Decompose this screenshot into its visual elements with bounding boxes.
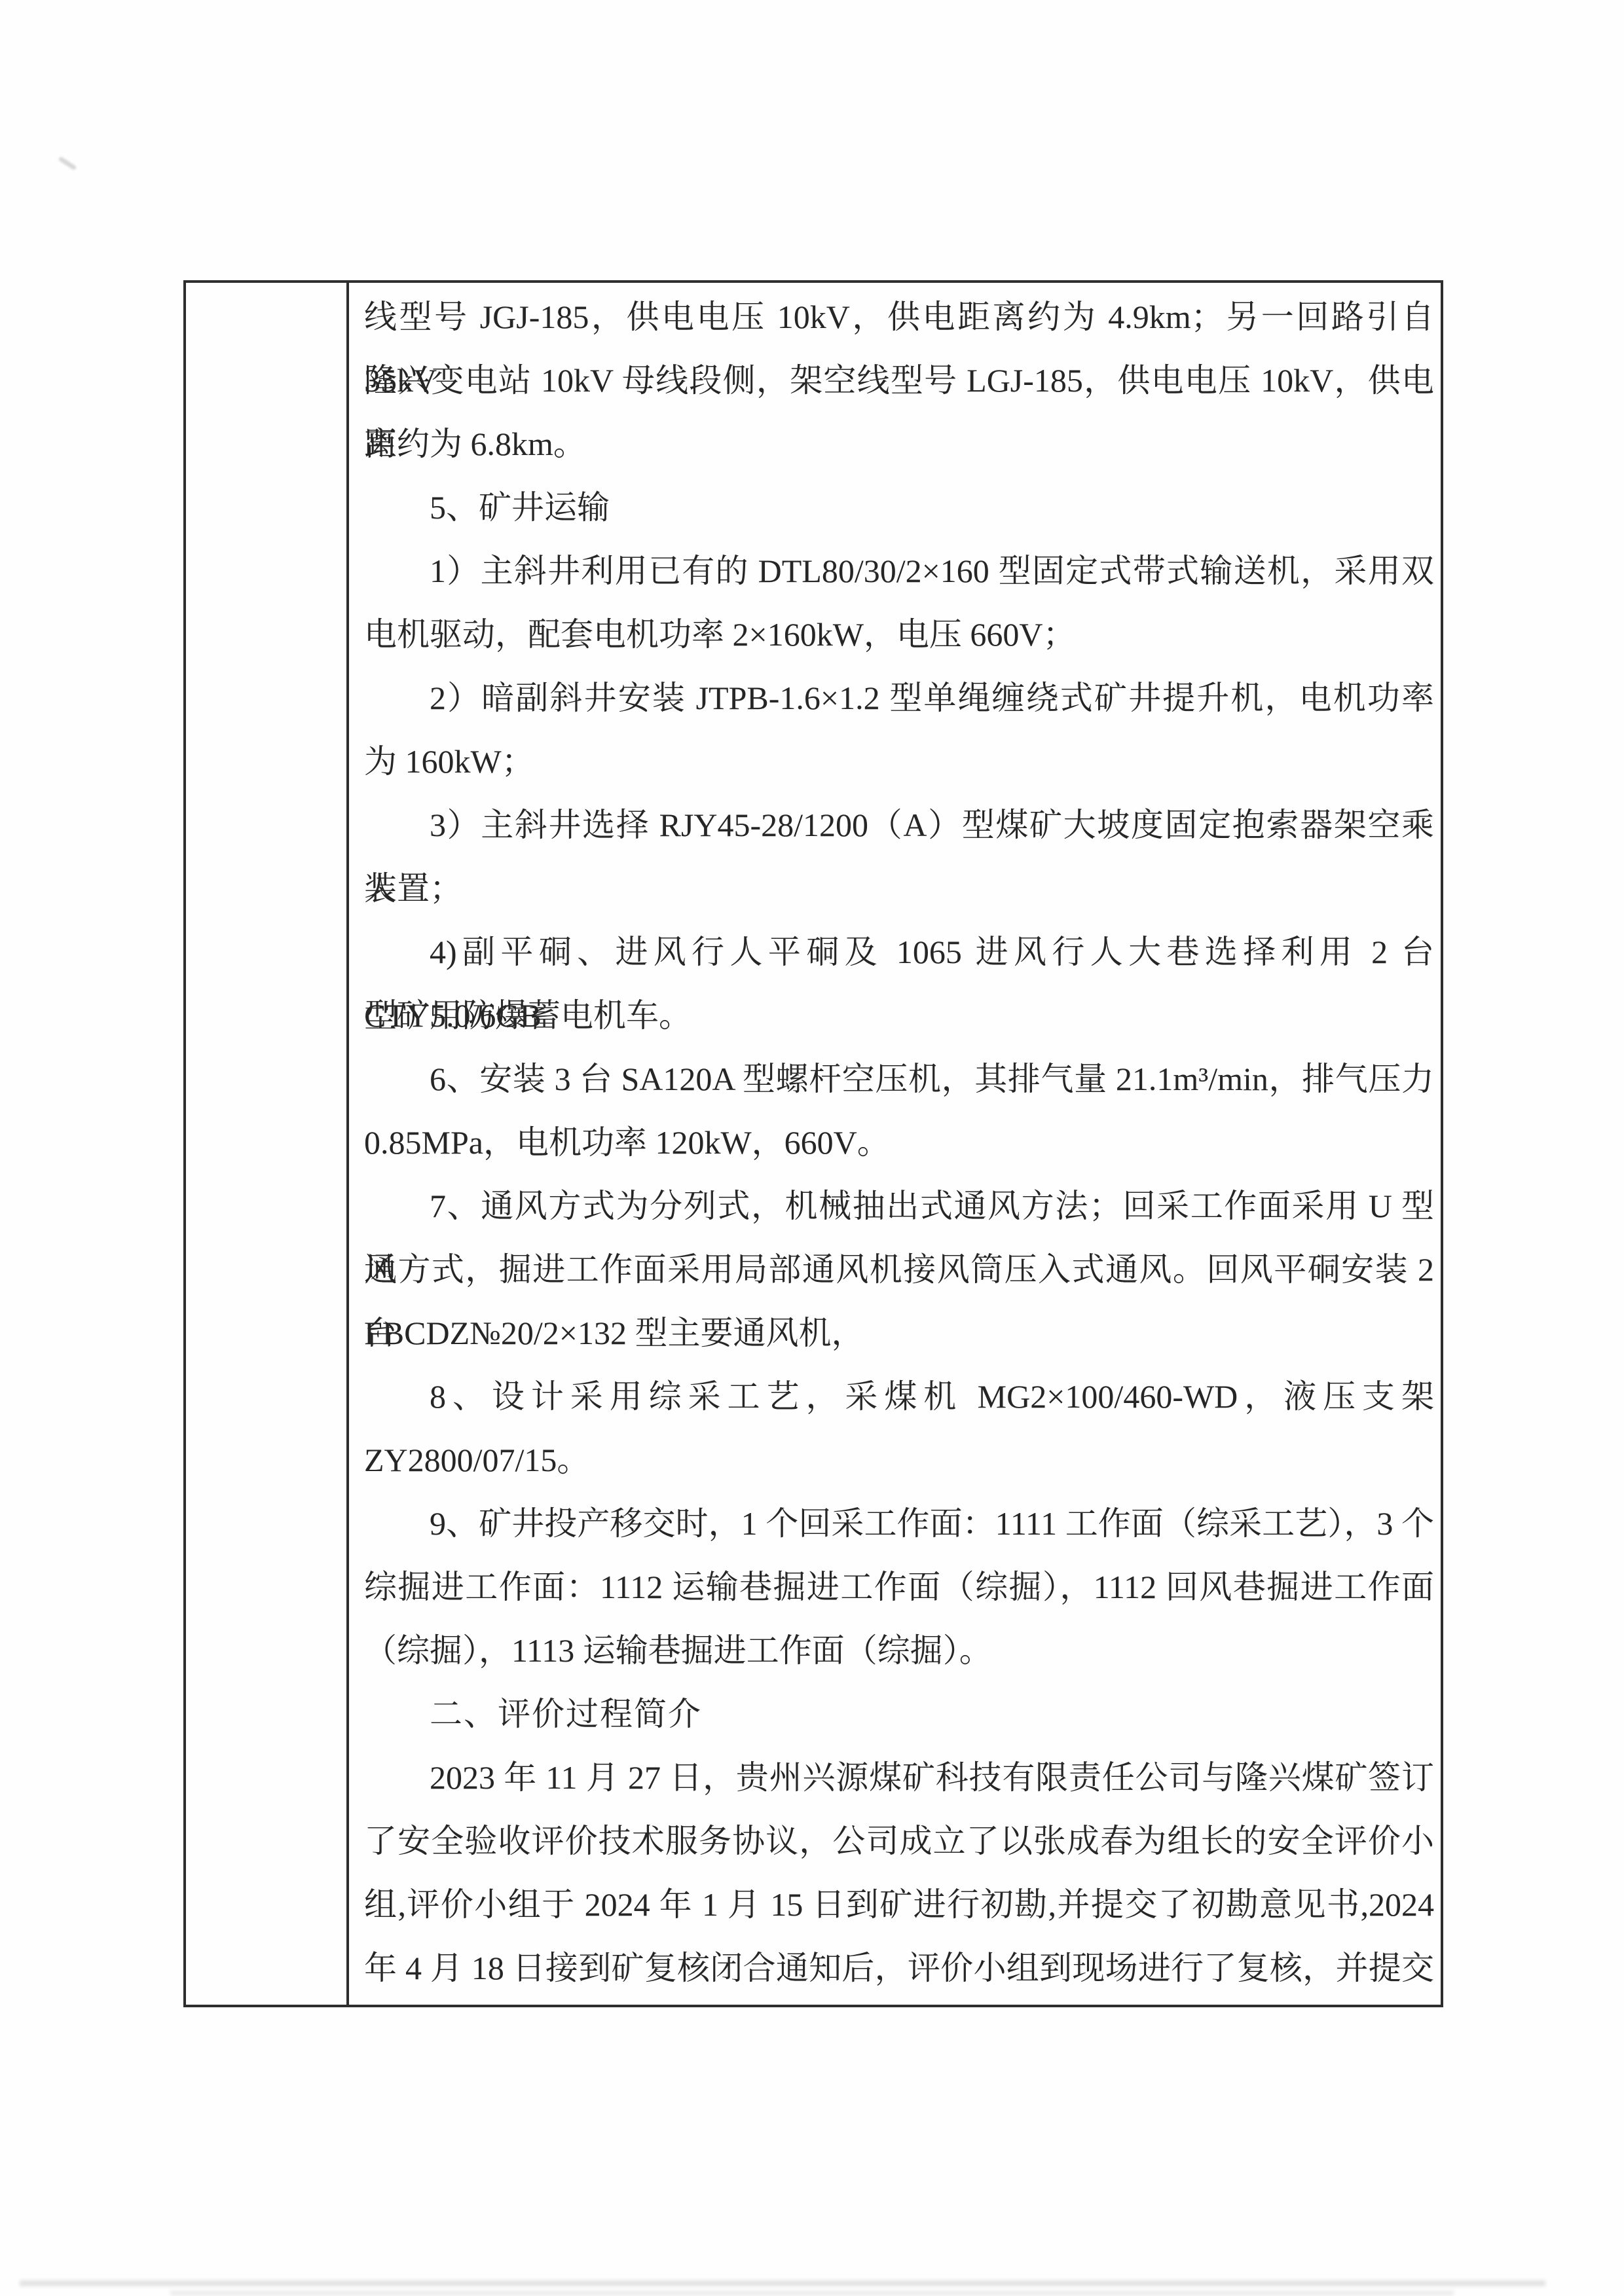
text-line: （综掘），1113 运输巷掘进工作面（综掘）。: [364, 1619, 1434, 1683]
text-line: 年 4 月 18 日接到矿复核闭合通知后，评价小组到现场进行了复核，并提交: [364, 1937, 1434, 2000]
text-line: 风方式，掘进工作面采用局部通风机接风筒压入式通风。回风平硐安装 2 台: [364, 1238, 1434, 1302]
text-line: 隆兴变电站 10kV 母线段侧，架空线型号 LGJ-185，供电电压 10kV，…: [364, 349, 1434, 412]
text-line: 综掘进工作面：1112 运输巷掘进工作面（综掘），1112 回风巷掘进工作面: [364, 1556, 1434, 1619]
text-line: 3）主斜井选择 RJY45-28/1200（A）型煤矿大坡度固定抱索器架空乘人: [364, 793, 1434, 857]
text-line: 6、安装 3 台 SA120A 型螺杆空压机，其排气量 21.1m³/min，排…: [364, 1048, 1434, 1111]
scan-speck: [58, 156, 77, 170]
text-line: 8、设计采用综采工艺，采煤机 MG2×100/460-WD，液压支架: [364, 1365, 1434, 1429]
text-line: 电机驱动，配套电机功率 2×160kW，电压 660V；: [364, 603, 1434, 666]
scan-artifact: [170, 2291, 1454, 2295]
report-table: 线型号 JGJ-185，供电电压 10kV，供电距离约为 4.9km；另一回路引…: [183, 280, 1443, 2007]
text-line: 7、通风方式为分列式，机械抽出式通风方法；回采工作面采用 U 型通: [364, 1175, 1434, 1238]
text-line: 型矿用防爆蓄电机车。: [364, 984, 1434, 1048]
text-line: 离约为 6.8km。: [364, 412, 1434, 476]
text-line: 0.85MPa，电机功率 120kW，660V。: [364, 1111, 1434, 1175]
text-line: ZY2800/07/15。: [364, 1429, 1434, 1492]
text-line: 9、矿井投产移交时，1 个回采工作面：1111 工作面（综采工艺），3 个: [364, 1492, 1434, 1556]
section-heading-line: 二、评价过程简介: [364, 1683, 1434, 1746]
text-line: 1）主斜井利用已有的 DTL80/30/2×160 型固定式带式输送机，采用双: [364, 539, 1434, 603]
text-line: 2）暗副斜井安装 JTPB-1.6×1.2 型单绳缠绕式矿井提升机，电机功率: [364, 666, 1434, 730]
text-line: 4)副平硐、进风行人平硐及 1065 进风行人大巷选择利用 2 台 CTY5.0…: [364, 920, 1434, 984]
text-line: FBCDZ№20/2×132 型主要通风机，: [364, 1302, 1434, 1365]
scanned-page: 线型号 JGJ-185，供电电压 10kV，供电距离约为 4.9km；另一回路引…: [0, 0, 1624, 2296]
text-line: 线型号 JGJ-185，供电电压 10kV，供电距离约为 4.9km；另一回路引…: [364, 285, 1434, 349]
text-line: 了安全验收评价技术服务协议，公司成立了以张成春为组长的安全评价小: [364, 1810, 1434, 1873]
text-line: 装置；: [364, 857, 1434, 920]
text-line: 2023 年 11 月 27 日，贵州兴源煤矿科技有限责任公司与隆兴煤矿签订: [364, 1746, 1434, 1810]
table-content-cell: 线型号 JGJ-185，供电电压 10kV，供电距离约为 4.9km；另一回路引…: [349, 283, 1441, 2005]
table-stub-column: [186, 283, 349, 2005]
text-line: 组,评价小组于 2024 年 1 月 15 日到矿进行初勘,并提交了初勘意见书,…: [364, 1873, 1434, 1937]
text-line: 5、矿井运输: [364, 476, 1434, 539]
scan-artifact: [20, 2280, 1545, 2286]
text-line: 为 160kW；: [364, 730, 1434, 793]
